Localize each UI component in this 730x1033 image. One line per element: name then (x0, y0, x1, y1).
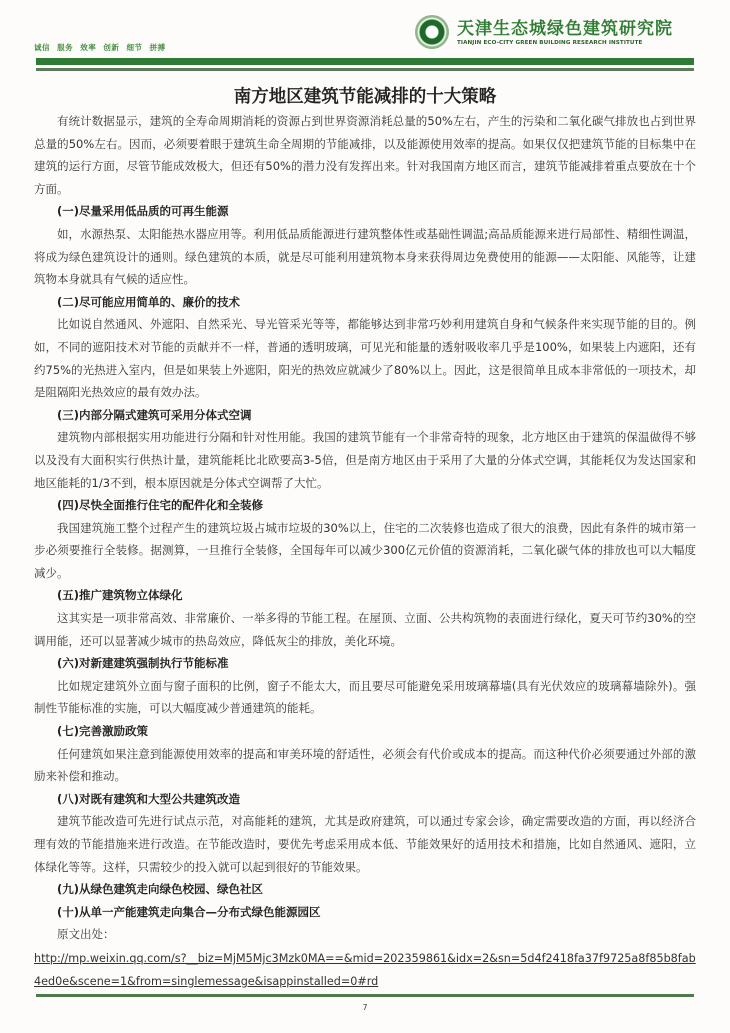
section-heading-4: (四)尽快全面推行住宅的配件化和全装修 (34, 494, 696, 517)
section-heading-5: (五)推广建筑物立体绿化 (34, 584, 696, 607)
section-heading-8: (八)对既有建筑和大型公共建筑改造 (34, 788, 696, 811)
section-heading-10: (十)从单一产能建筑走向集合—分布式绿色能源园区 (34, 901, 696, 924)
institute-brand: 天津生态城绿色建筑研究院 TIANJIN ECO-CITY GREEN BUIL… (415, 15, 673, 49)
source-label: 原文出处： (34, 923, 696, 946)
section-heading-6: (六)对新建建筑强制执行节能标准 (34, 652, 696, 675)
section-body-7: 任何建筑如果注意到能源使用效率的提高和审美环境的舒适性，必须会有代价或成本的提高… (34, 743, 696, 788)
page-header: 诚信 服务 效率 创新 细节 拼搏 天津生态城绿色建筑研究院 TIANJIN E… (0, 0, 730, 80)
footer-divider (36, 994, 694, 997)
header-divider-thick (36, 58, 694, 65)
org-name-cn: 天津生态城绿色建筑研究院 (457, 19, 673, 39)
intro-paragraph: 有统计数据显示，建筑的全寿命周期消耗的资源占到世界资源消耗总量的50%左右，产生… (34, 110, 696, 200)
section-body-2: 比如说自然通风、外遮阳、自然采光、导光管采光等等，都能够达到非常巧妙利用建筑自身… (34, 313, 696, 403)
section-heading-3: (三)内部分隔式建筑可采用分体式空调 (34, 404, 696, 427)
org-name-en: TIANJIN ECO-CITY GREEN BUILDING RESEARCH… (457, 40, 673, 46)
tagline: 诚信 服务 效率 创新 细节 拼搏 (34, 42, 166, 53)
section-heading-2: (二)尽可能应用简单的、廉价的技术 (34, 291, 696, 314)
section-body-5: 这其实是一项非常高效、非常廉价、一举多得的节能工程。在屋顶、立面、公共构筑物的表… (34, 607, 696, 652)
page-number: 7 (0, 1003, 730, 1012)
article-title: 南方地区建筑节能减排的十大策略 (34, 84, 696, 110)
article: 南方地区建筑节能减排的十大策略 有统计数据显示，建筑的全寿命周期消耗的资源占到世… (34, 84, 696, 993)
section-heading-9: (九)从绿色建筑走向绿色校园、绿色社区 (34, 878, 696, 901)
section-body-6: 比如规定建筑外立面与窗子面积的比例，窗子不能太大，而且要尽可能避免采用玻璃幕墙(… (34, 675, 696, 720)
section-body-8: 建筑节能改造可先进行试点示范，对高能耗的建筑，尤其是政府建筑，可以通过专家会诊，… (34, 810, 696, 878)
section-body-1: 如，水源热泵、太阳能热水器应用等。利用低品质能源进行建筑整体性或基础性调温;高品… (34, 223, 696, 291)
source-link[interactable]: http://mp.weixin.qq.com/s?__biz=MjM5Mjc3… (34, 948, 696, 993)
section-heading-7: (七)完善激励政策 (34, 720, 696, 743)
institute-logo-icon (415, 15, 449, 49)
header-divider-thin (36, 68, 694, 71)
section-body-3: 建筑物内部根据实用功能进行分隔和针对性用能。我国的建筑节能有一个非常奇特的现象，… (34, 426, 696, 494)
section-heading-1: (一)尽量采用低品质的可再生能源 (34, 200, 696, 223)
section-body-4: 我国建筑施工整个过程产生的建筑垃圾占城市垃圾的30%以上，住宅的二次装修也造成了… (34, 517, 696, 585)
